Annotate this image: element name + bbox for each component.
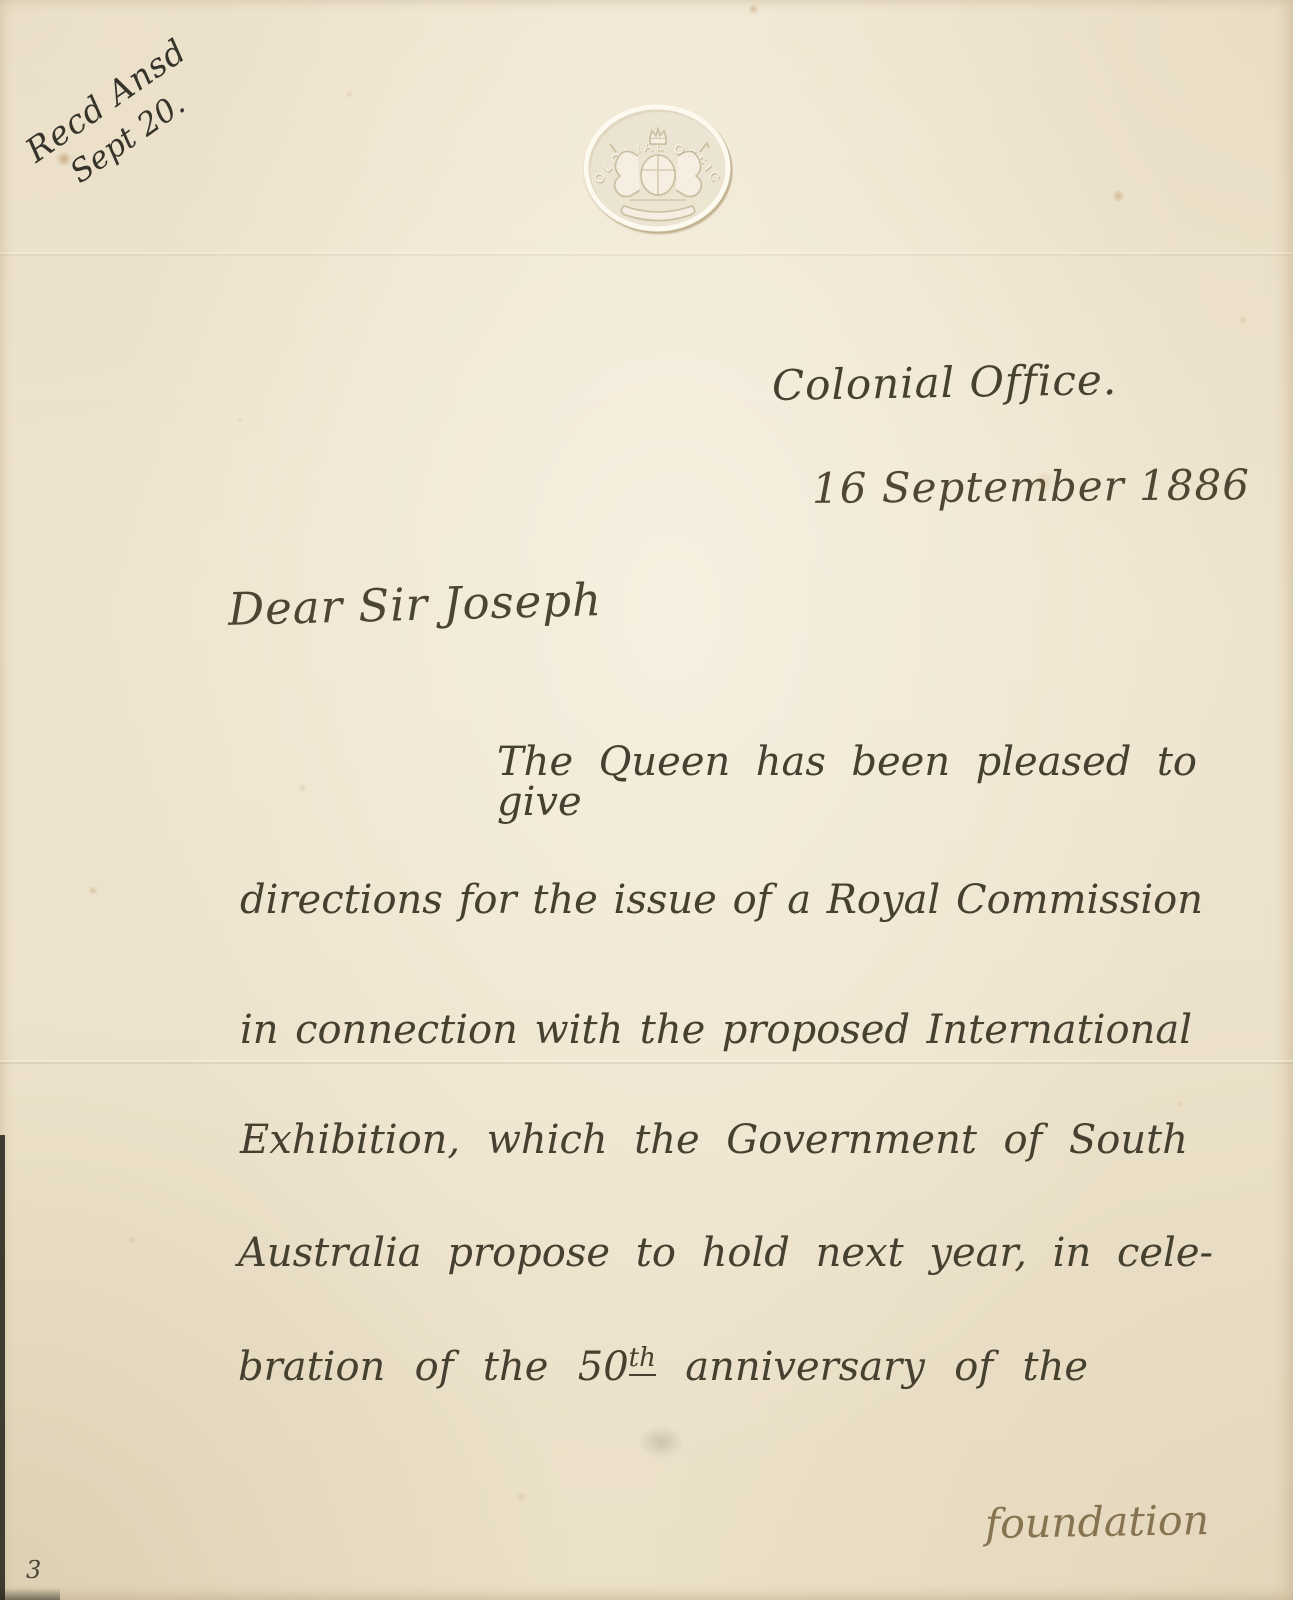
foxing-spot xyxy=(236,416,244,423)
foxing-spot xyxy=(128,1236,136,1244)
fold-crease xyxy=(0,252,1293,256)
ordinal-superscript: th xyxy=(629,1343,656,1376)
body-line-6-prefix: bration of the 50 xyxy=(238,1344,629,1390)
foxing-spot xyxy=(298,784,307,792)
body-line-2: directions for the issue of a Royal Comm… xyxy=(240,880,1203,920)
letter-date: 16 September 1886 xyxy=(812,460,1250,513)
page-number: 3 xyxy=(26,1556,41,1584)
body-line-3: in connection with the proposed Internat… xyxy=(240,1010,1192,1050)
received-annotation: Recd Ansd Sept 20. xyxy=(0,29,220,226)
scan-edge xyxy=(0,1588,60,1600)
fold-crease xyxy=(0,1060,1293,1064)
foxing-spot xyxy=(516,1492,527,1502)
foxing-spot xyxy=(748,4,759,14)
foxing-spot xyxy=(1176,1100,1185,1108)
foxing-spot xyxy=(1238,316,1247,324)
body-line-5: Australia propose to hold next year, in … xyxy=(238,1233,1213,1273)
catchword: foundation xyxy=(985,1496,1210,1548)
foxing-spot xyxy=(1112,190,1125,202)
body-line-6-suffix: anniversary of the xyxy=(656,1344,1088,1390)
salutation: Dear Sir Joseph xyxy=(227,573,602,636)
foxing-spot xyxy=(88,886,98,895)
letter-scan-page: Recd Ansd Sept 20. COLONIAL OFFICE COLON… xyxy=(0,0,1293,1600)
foxing-spot xyxy=(345,90,354,98)
scan-edge xyxy=(0,1135,5,1600)
pencil-smudge xyxy=(638,1425,684,1459)
letterhead-office-line: Colonial Office. xyxy=(772,355,1118,410)
body-line-1: The Queen has been pleased to give xyxy=(497,742,1197,822)
colonial-office-embossed-seal-icon: COLONIAL OFFICE COLONIAL OFFICE xyxy=(560,86,756,248)
body-line-4: Exhibition, which the Government of Sout… xyxy=(240,1120,1188,1160)
body-line-6: bration of the 50th anniversary of the xyxy=(238,1345,1088,1387)
